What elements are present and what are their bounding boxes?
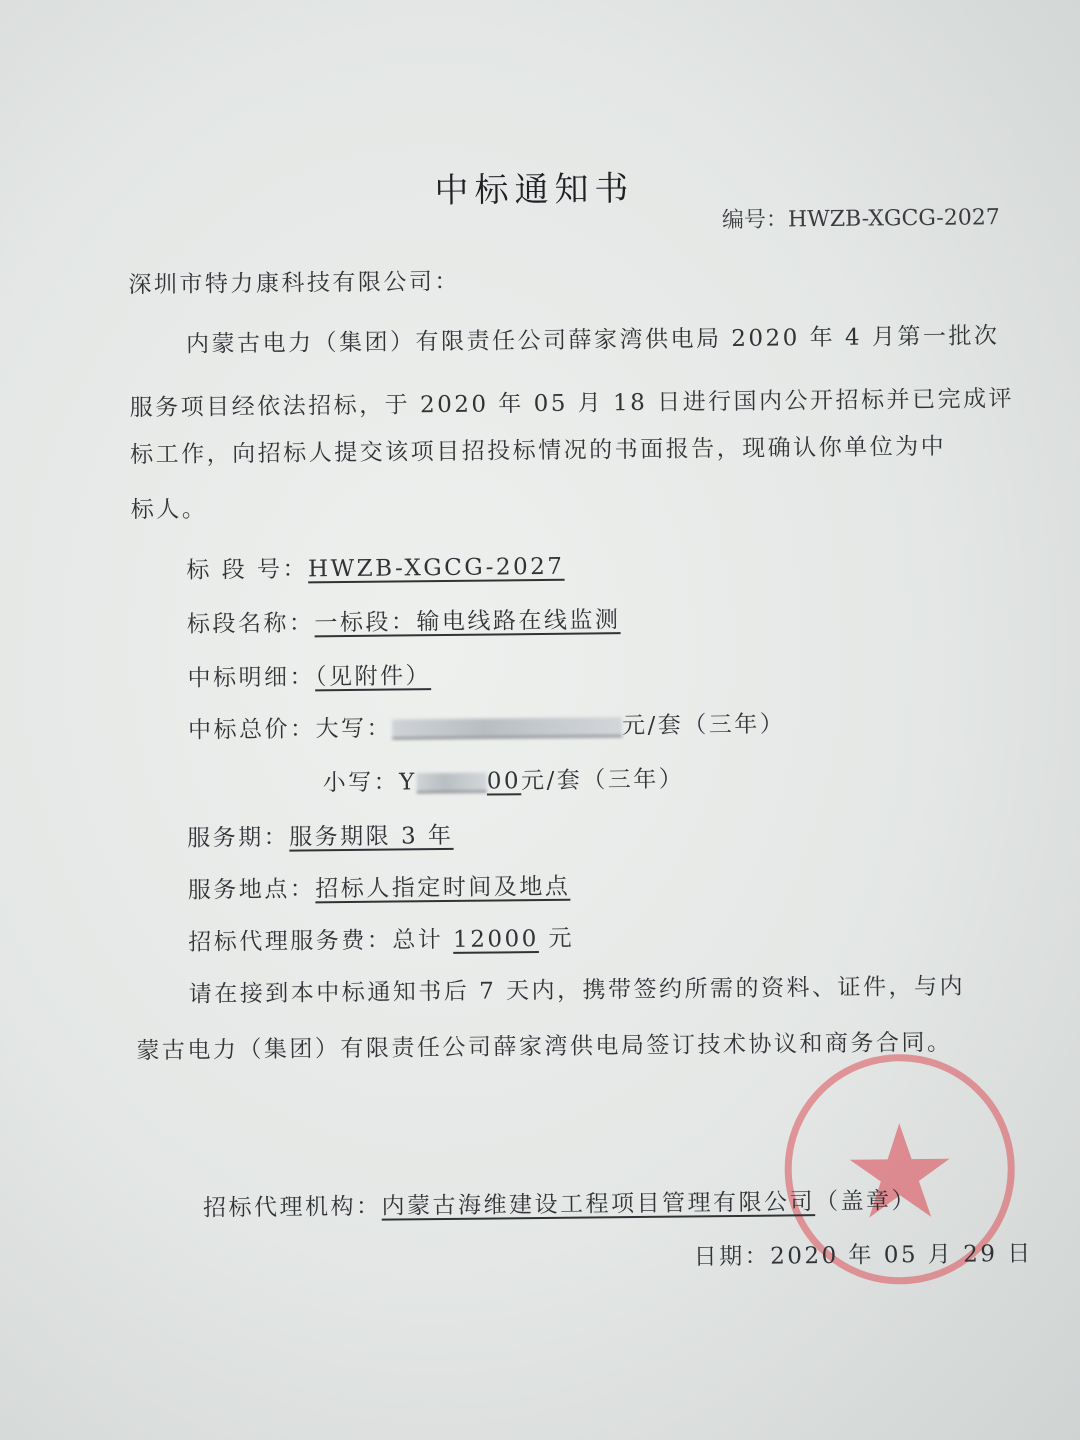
field-lot-name: 标段名称：一标段：输电线路在线监测 (187, 601, 621, 639)
body-line-2: 服务项目经依法招标，于 2020 年 05 月 18 日进行国内公开招标并已完成… (130, 380, 1015, 422)
body-line-3: 标工作，向招标人提交该项目招投标情况的书面报告，现确认你单位为中 (130, 428, 946, 470)
serial-number: 编号：HWZB-XGCG-2027 (722, 200, 1000, 234)
lot-number-value: HWZB-XGCG-2027 (308, 554, 565, 583)
document-page: 中标通知书 编号：HWZB-XGCG-2027 深圳市特力康科技有限公司： 内蒙… (0, 0, 1080, 1440)
service-period-value: 服务期限 3 年 (289, 823, 454, 851)
field-agency-fee: 招标代理服务费：总计 12000 元 (188, 920, 574, 957)
award-details-value: （见附件） (315, 663, 431, 690)
agency-name: 内蒙古海维建设工程项目管理有限公司 (381, 1189, 815, 1220)
field-service-period: 服务期：服务期限 3 年 (187, 817, 454, 853)
instruction-line-1: 请在接到本中标通知书后 7 天内，携带签约所需的资料、证件，与内 (189, 968, 966, 1009)
redacted-lowercase-amount (417, 773, 487, 794)
service-location-value: 招标人指定时间及地点 (315, 874, 570, 903)
field-total-price-uppercase: 中标总价：大写：元/套（三年） (188, 705, 786, 744)
body-line-4: 标人。 (131, 490, 208, 524)
field-service-location: 服务地点：招标人指定时间及地点 (188, 868, 571, 905)
body-line-1: 内蒙古电力（集团）有限责任公司薛家湾供电局 2020 年 4 月第一批次 (186, 317, 1000, 359)
agency-fee-value: 12000 (453, 926, 539, 953)
instruction-line-2: 蒙古电力（集团）有限责任公司薛家湾供电局签订技术协议和商务合同。 (136, 1024, 952, 1066)
issue-date: 日期：2020 年 05 月 29 日 (693, 1235, 1032, 1272)
lot-name-value: 一标段：输电线路在线监测 (314, 607, 620, 636)
redacted-uppercase-amount (392, 717, 622, 739)
field-total-price-lowercase: 小写：Y00元/套（三年） (322, 760, 684, 797)
field-award-details: 中标明细：（见附件） (187, 657, 431, 693)
field-lot-number: 标 段 号：HWZB-XGCG-2027 (186, 548, 564, 585)
recipient: 深圳市特力康科技有限公司： (128, 263, 460, 299)
